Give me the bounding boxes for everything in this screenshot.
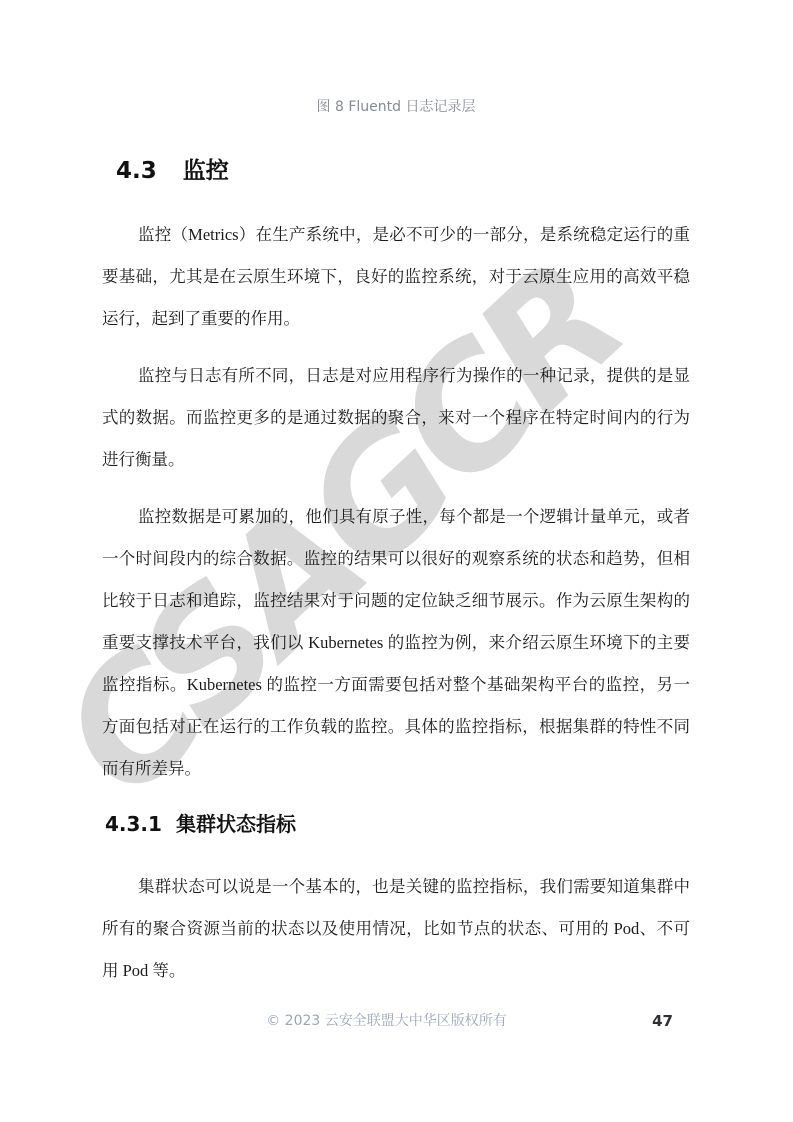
subsection-title: 集群状态指标 — [176, 812, 296, 836]
section-number: 4.3 — [116, 158, 157, 184]
page-content: 图 8 Fluentd 日志记录层 4.3监控 监控（Metrics）在生产系统… — [0, 98, 793, 992]
section-title: 监控 — [183, 158, 229, 184]
subsection-number: 4.3.1 — [105, 812, 162, 836]
figure-caption: 图 8 Fluentd 日志记录层 — [102, 98, 690, 116]
document-page: CSAGCR 图 8 Fluentd 日志记录层 4.3监控 监控（Metric… — [0, 0, 793, 1122]
page-footer: © 2023 云安全联盟大中华区版权所有 47 — [0, 1010, 793, 1032]
footer-copyright: © 2023 云安全联盟大中华区版权所有 — [266, 1013, 507, 1029]
paragraph-monitoring-intro: 监控（Metrics）在生产系统中，是必不可少的一部分，是系统稳定运行的重要基础… — [102, 214, 690, 340]
page-number: 47 — [652, 1010, 673, 1032]
paragraph-monitoring-data: 监控数据是可累加的，他们具有原子性，每个都是一个逻辑计量单元，或者一个时间段内的… — [102, 496, 690, 790]
subsection-heading: 4.3.1集群状态指标 — [105, 810, 690, 838]
section-heading: 4.3监控 — [116, 156, 690, 186]
paragraph-cluster-status: 集群状态可以说是一个基本的，也是关键的监控指标，我们需要知道集群中所有的聚合资源… — [102, 866, 690, 992]
paragraph-monitoring-vs-logging: 监控与日志有所不同，日志是对应用程序行为操作的一种记录，提供的是显式的数据。而监… — [102, 355, 690, 481]
